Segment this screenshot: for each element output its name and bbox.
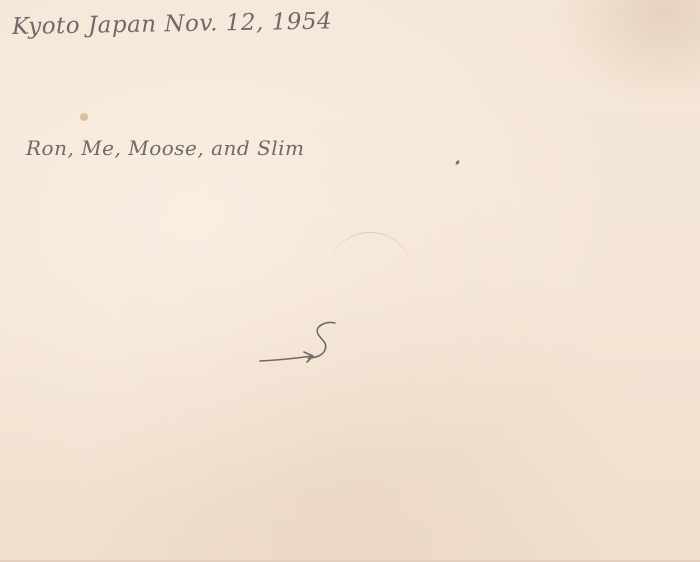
pencil-speck <box>455 160 460 166</box>
caption-location-date: Kyoto Japan Nov. 12, 1954 <box>12 8 333 40</box>
arrow-s-mark-icon <box>258 318 348 368</box>
paper-crease <box>330 232 410 303</box>
caption-names: Ron, Me, Moose, and Slim <box>26 136 305 160</box>
stain-spot <box>80 113 88 121</box>
photo-back: Kyoto Japan Nov. 12, 1954 Ron, Me, Moose… <box>0 0 700 562</box>
